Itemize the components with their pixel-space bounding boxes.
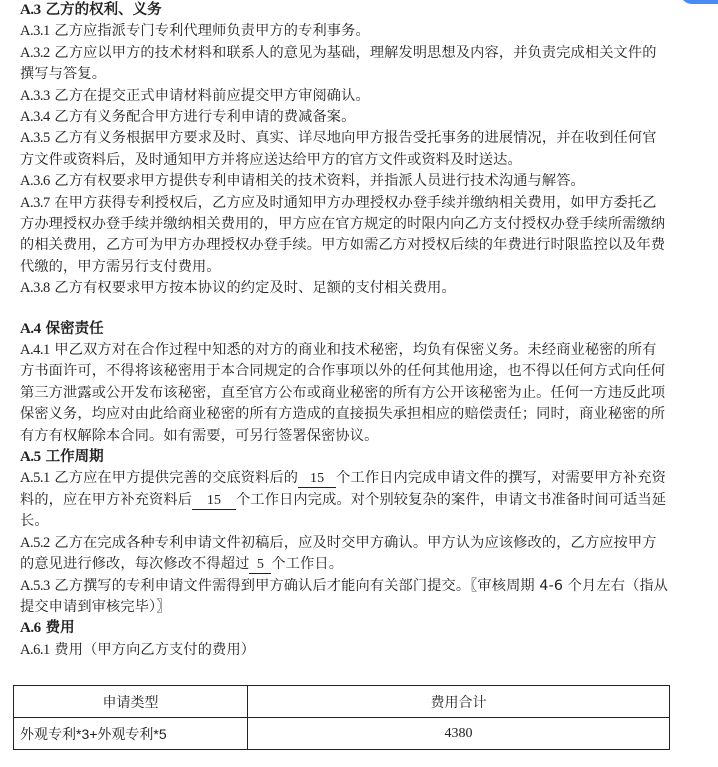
blank-days-writing: 15 — [298, 470, 336, 488]
clause-a5-1: A.5.1 乙方应在甲方提供完善的交底资料后的15个工作日内完成申请文件的撰写，… — [20, 468, 670, 532]
section-heading-a4: A.4 保密责任 — [20, 319, 670, 340]
blank-days-supplement: 15 — [192, 492, 236, 510]
clause-a3-3: A.3.3 乙方在提交正式申请材料前应提交甲方审阅确认。 — [20, 86, 670, 107]
section-spacer — [20, 300, 670, 319]
section-heading-a3: A.3 乙方的权利、义务 — [20, 0, 670, 21]
contract-document: A.3 乙方的权利、义务 A.3.1 乙方应指派专门专利代理师负责甲方的专利事务… — [20, 0, 670, 661]
clause-a3-5: A.3.5 乙方有义务根据甲方要求及时、真实、详尽地向甲方报告受托事务的进展情况… — [20, 128, 670, 171]
corner-accent-tab — [680, 0, 718, 4]
clause-a4-1: A.4.1 甲乙双方对在合作过程中知悉的对方的商业和技术秘密，均负有保密义务。未… — [20, 340, 670, 447]
fee-table: 申请类型 费用合计 外观专利*3+外观专利*5 4380 — [13, 685, 670, 750]
clause-a3-1: A.3.1 乙方应指派专门专利代理师负责甲方的专利事务。 — [20, 21, 670, 42]
clause-a5-3: A.5.3 乙方撰写的专利申请文件需得到甲方确认后才能向有关部门提交。〖审核周期… — [20, 576, 670, 619]
header-total-fee: 费用合计 — [248, 686, 670, 718]
clause-a3-8: A.3.8 乙方有权要求甲方按本协议的约定及时、足额的支付相关费用。 — [20, 278, 670, 299]
cell-total-fee: 4380 — [248, 718, 670, 750]
section-heading-a6: A.6 费用 — [20, 618, 670, 639]
clause-a3-4: A.3.4 乙方有义务配合甲方进行专利申请的费减备案。 — [20, 107, 670, 128]
header-application-type: 申请类型 — [14, 686, 248, 718]
clause-a5-2: A.5.2 乙方在完成各种专利申请文件初稿后，应及时交甲方确认。甲方认为应该修改… — [20, 533, 670, 576]
clause-a3-2: A.3.2 乙方应以甲方的技术材料和联系人的意见为基础，理解发明思想及内容，并负… — [20, 43, 670, 86]
section-heading-a5: A.5 工作周期 — [20, 447, 670, 468]
table-row: 外观专利*3+外观专利*5 4380 — [14, 718, 670, 750]
blank-days-revision: 5 — [249, 556, 271, 574]
clause-a3-7: A.3.7 在甲方获得专利授权后，乙方应及时通知甲方办理授权办登手续并缴纳相关费… — [20, 193, 670, 279]
fee-table-header-row: 申请类型 费用合计 — [14, 686, 670, 718]
cell-application-type: 外观专利*3+外观专利*5 — [14, 718, 248, 750]
clause-a6-1: A.6.1 费用（甲方向乙方支付的费用） — [20, 640, 670, 661]
clause-a3-6: A.3.6 乙方有权要求甲方提供专利申请相关的技术资料，并指派人员进行技术沟通与… — [20, 171, 670, 192]
